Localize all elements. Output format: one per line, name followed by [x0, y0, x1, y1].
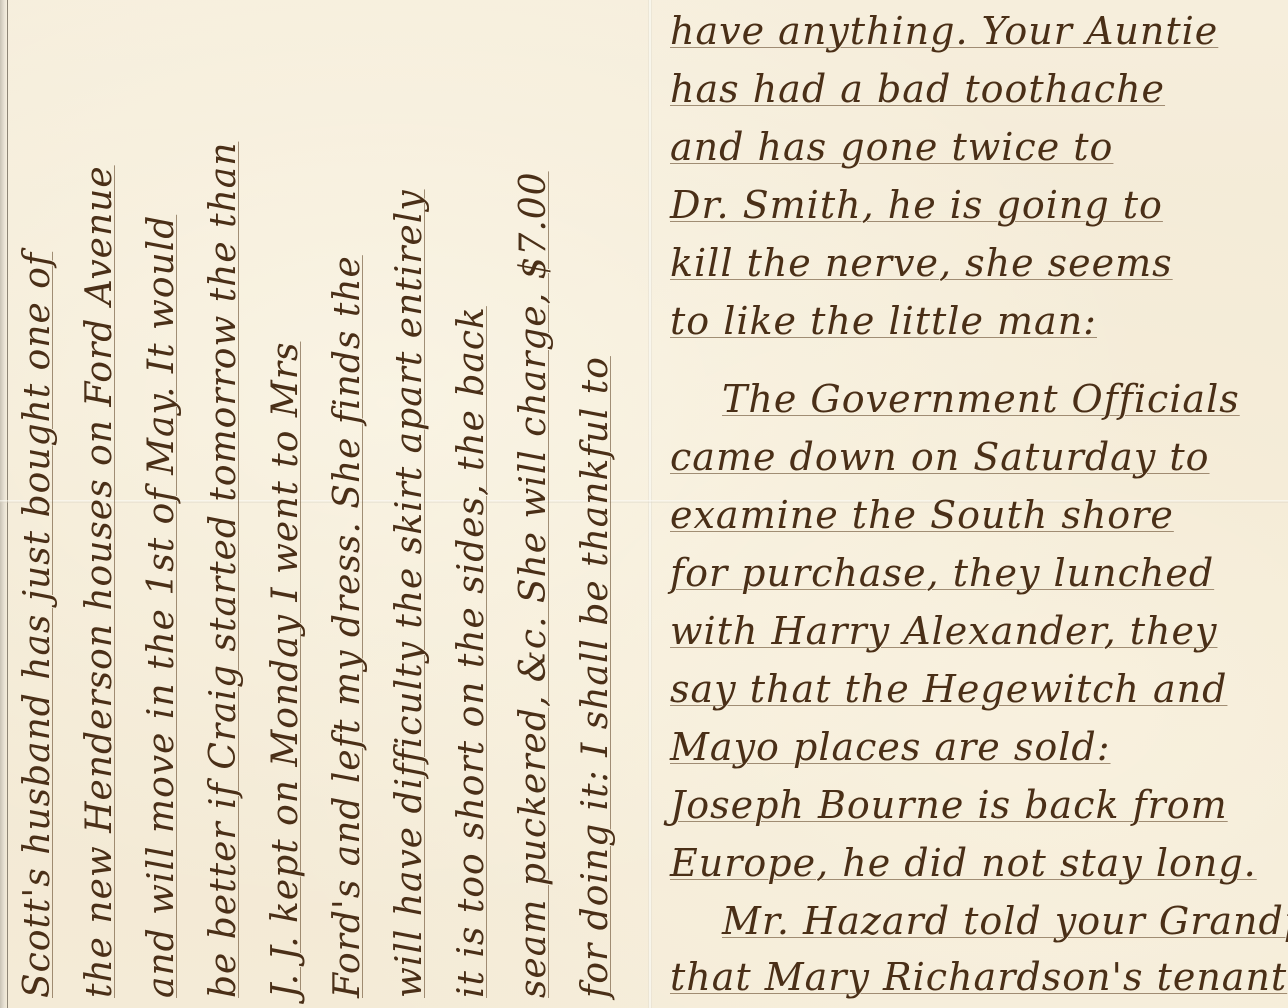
right-line-2: has had a bad toothache	[670, 70, 1165, 108]
left-line-6: Ford's and left my dress. She finds the	[330, 255, 366, 998]
left-line-3: and will move in the 1st of May. It woul…	[144, 215, 180, 998]
right-line-6: to like the little man:	[670, 302, 1097, 340]
right-line-5: kill the nerve, she seems	[670, 244, 1173, 282]
right-line-14: Joseph Bourne is back from	[670, 786, 1228, 824]
right-line-4: Dr. Smith, he is going to	[670, 186, 1163, 224]
right-line-10: for purchase, they lunched	[670, 554, 1214, 592]
right-page: have anything. Your Auntie has had a bad…	[652, 0, 1288, 1008]
right-line-11: with Harry Alexander, they	[670, 612, 1217, 650]
right-line-8: came down on Saturday to	[670, 438, 1210, 476]
left-line-5: J. J. kept on Monday I went to Mrs	[268, 342, 304, 998]
left-line-9: seam puckered, &c. She will charge, $7.0…	[516, 171, 552, 998]
right-line-16: Mr. Hazard told your Grandpa	[722, 902, 1288, 940]
left-page-rotated-text: Scott's husband has just bought one of t…	[0, 0, 648, 1008]
right-line-13: Mayo places are sold:	[670, 728, 1111, 766]
left-line-10: for doing it: I shall be thankful to	[578, 356, 614, 998]
right-line-15: Europe, he did not stay long.	[670, 844, 1257, 882]
left-line-4: be better if Craig started tomorrow the …	[206, 142, 242, 998]
left-line-8: it is too short on the sides, the back	[454, 306, 490, 998]
left-page: Scott's husband has just bought one of t…	[0, 0, 648, 1008]
left-line-1: Scott's husband has just bought one of	[20, 252, 56, 998]
right-line-7: The Government Officials	[722, 380, 1240, 418]
letter-scan: Scott's husband has just bought one of t…	[0, 0, 1288, 1008]
right-line-1: have anything. Your Auntie	[670, 12, 1218, 50]
right-line-17: that Mary Richardson's tenant	[670, 958, 1287, 996]
left-line-7: will have difficulty the skirt apart ent…	[392, 189, 428, 998]
left-line-2: the new Henderson houses on Ford Avenue	[82, 165, 118, 998]
right-line-3: and has gone twice to	[670, 128, 1113, 166]
right-line-12: say that the Hegewitch and	[670, 670, 1227, 708]
right-line-9: examine the South shore	[670, 496, 1174, 534]
